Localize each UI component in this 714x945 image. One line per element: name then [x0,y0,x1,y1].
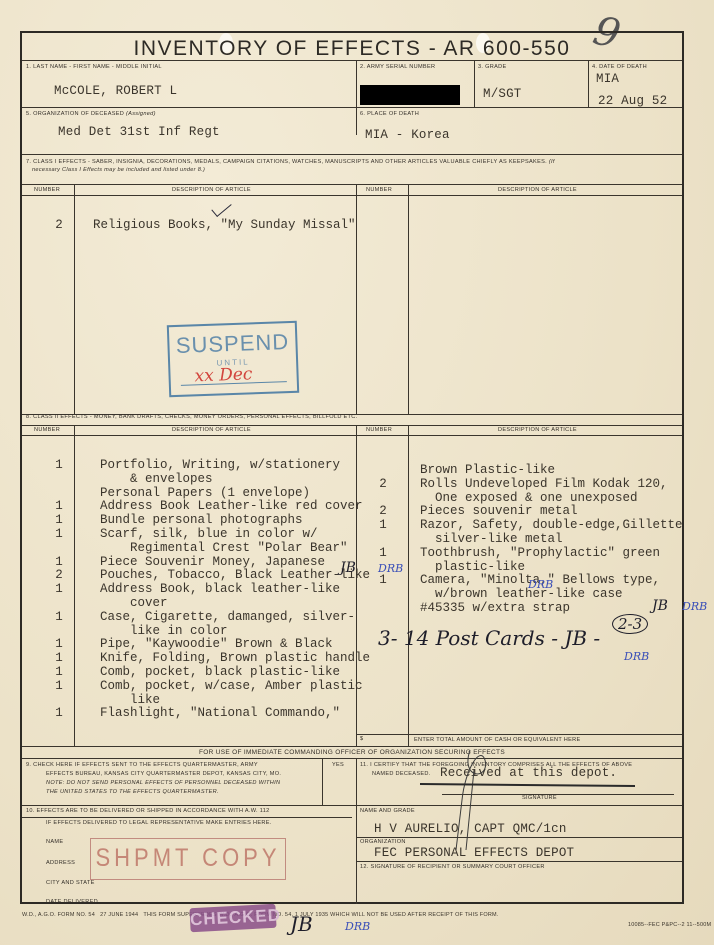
circled-note: 2-3 [612,614,648,634]
place-of-death-label: 6. PLACE OF DEATH [360,111,419,117]
class2-item-description: #45335 w/extra strap [420,601,570,615]
blue-initials-1: DRB [378,562,403,575]
legal-name-label: NAME [46,839,63,845]
class2-item-number: 1 [44,527,74,541]
handwritten-postcards: 3- 14 Post Cards - JB - [378,626,600,650]
organization-label: 5. ORGANIZATION OF DECEASED (Assigned) [26,111,156,117]
black-initials-1: JB [340,560,356,576]
organization-label-2: ORGANIZATION [360,839,406,845]
signature-scribble [400,740,640,860]
class1-heading: 7. CLASS I EFFECTS - SABER, INSIGNIA, DE… [26,159,555,165]
shipment-copy-stamp: SHPMT COPY [90,838,286,880]
class2-item-description: Comb, pocket, black plastic-like [100,665,340,679]
legal-rep-text: IF EFFECTS DELIVERED TO LEGAL REPRESENTA… [46,820,272,826]
item9-note-1: NOTE: DO NOT SEND PERSONAL EFFECTS OF PE… [46,780,280,786]
class2-item-description: Regimental Crest "Polar Bear" [100,541,348,555]
class2-item-description: Bundle personal photographs [100,513,303,527]
class2-item-description: Pipe, "Kaywoodie" Brown & Black [100,637,333,651]
class1-col-number-left: NUMBER [34,187,60,193]
blue-initials-3: DRB [682,600,707,613]
class2-item-description: Knife, Folding, Brown plastic handle [100,651,370,665]
footer-initials-black: JB [290,912,313,936]
cash-symbol: $ [360,736,363,742]
class2-item-number: 1 [44,458,74,472]
date-of-death-status: MIA [596,72,619,86]
class2-item-description: Comb, pocket, w/case, Amber plastic [100,679,363,693]
class2-item-description: Brown Plastic-like [420,463,555,477]
name-label: 1. LAST NAME - FIRST NAME - MIDDLE INITI… [26,64,162,70]
item9-note-2: THE UNITED STATES TO THE EFFECTS QUARTER… [46,789,219,795]
legal-city-label: CITY AND STATE [46,880,95,886]
class2-item-description: Razor, Safety, double-edge,Gillette [420,518,683,532]
serial-label: 2. ARMY SERIAL NUMBER [360,64,435,70]
black-initials-2: JB [652,598,668,614]
checked-stamp: CHECKED [189,904,276,932]
class2-item-number: 1 [44,555,74,569]
class2-item-description: like in color [100,624,228,638]
grade-label: 3. GRADE [478,64,507,70]
blue-initials-4: DRB [624,650,649,663]
class2-item-number: 2 [368,477,398,491]
class1-heading-note: necessary Class I Effects may be include… [32,167,205,173]
class2-col-number-left: NUMBER [34,427,60,433]
class2-item-number: 1 [44,582,74,596]
class2-item-number: 1 [44,637,74,651]
grade-value: M/SGT [483,87,522,101]
place-of-death-value: MIA - Korea [365,128,450,142]
class2-item-description: One exposed & one unexposed [420,491,638,505]
class1-col-desc-left: DESCRIPTION OF ARTICLE [172,187,251,193]
form-title: INVENTORY OF EFFECTS - AR 600-550 [22,37,682,61]
legal-address-label: ADDRESS [46,860,75,866]
class2-item-number: 2 [368,504,398,518]
item9-text-2: EFFECTS BUREAU, KANSAS CITY QUARTERMASTE… [46,771,281,777]
class2-item-description: Address Book Leather-like red cover [100,499,363,513]
class1-item-number: 2 [44,218,74,232]
class2-item-number: 2 [44,568,74,582]
class2-item-number: 1 [44,610,74,624]
class2-col-desc-right: DESCRIPTION OF ARTICLE [498,427,577,433]
class1-col-number-right: NUMBER [366,187,392,193]
class2-item-description: Portfolio, Writing, w/stationery [100,458,340,472]
suspend-stamp: SUSPEND UNTIL xx Dec [167,321,299,397]
checkmark-icon [211,198,231,217]
class2-item-number: 1 [44,651,74,665]
yes-checkbox-label[interactable]: YES [332,762,344,768]
blue-initials-2: DRB [528,578,553,591]
class2-item-description: w/brown leather-like case [420,587,623,601]
class2-item-number: 1 [368,546,398,560]
class2-item-description: like [100,693,160,707]
class2-item-description: silver-like metal [420,532,563,546]
class1-item-description: Religious Books, "My Sunday Missal" [93,218,356,232]
class2-col-number-right: NUMBER [366,427,392,433]
class2-item-description: Pieces souvenir metal [420,504,578,518]
item10-text: 10. EFFECTS ARE TO BE DELIVERED OR SHIPP… [26,808,270,814]
class2-col-desc-left: DESCRIPTION OF ARTICLE [172,427,251,433]
class2-item-description: Scarf, silk, blue in color w/ [100,527,318,541]
class2-item-number: 1 [44,665,74,679]
class2-item-description: & envelopes [100,472,213,486]
name-value: McCOLE, ROBERT L [54,84,177,98]
serial-redaction [360,85,460,105]
class2-item-description: plastic-like [420,560,525,574]
footer-initials-blue: DRB [345,920,370,933]
class2-heading: 8. CLASS II EFFECTS - MONEY, BANK DRAFTS… [26,414,357,420]
class1-col-desc-right: DESCRIPTION OF ARTICLE [498,187,577,193]
class2-item-description: Rolls Undeveloped Film Kodak 120, [420,477,668,491]
class2-item-description: Toothbrush, "Prophylactic" green [420,546,660,560]
legal-date-label: DATE DELIVERED [46,899,98,905]
class2-item-description: Personal Papers (1 envelope) [100,486,310,500]
date-of-death-value: 22 Aug 52 [598,94,667,108]
footer-print-code: 10085--FEC P&PC--2 11--500M [628,922,711,928]
date-of-death-label: 4. DATE OF DEATH [592,64,647,70]
class2-item-number: 1 [44,679,74,693]
item9-text-1: 9. CHECK HERE IF EFFECTS SENT TO THE EFF… [26,762,258,768]
class2-item-description: cover [100,596,168,610]
class2-item-number: 1 [368,573,398,587]
class2-item-number: 1 [44,513,74,527]
class2-item-description: Address Book, black leather-like [100,582,340,596]
class2-item-number: 1 [368,518,398,532]
class2-item-description: Flashlight, "National Commando," [100,706,340,720]
organization-value: Med Det 31st Inf Regt [58,125,220,139]
item12-label: 12. SIGNATURE OF RECIPIENT OR SUMMARY CO… [360,864,545,870]
class2-item-description: Case, Cigarette, damanged, silver- [100,610,355,624]
class2-item-description: Pouches, Tobacco, Black Leather-like [100,568,370,582]
class2-item-number: 1 [44,706,74,720]
class2-item-number: 1 [44,499,74,513]
class2-item-description: Piece Souvenir Money, Japanese [100,555,325,569]
